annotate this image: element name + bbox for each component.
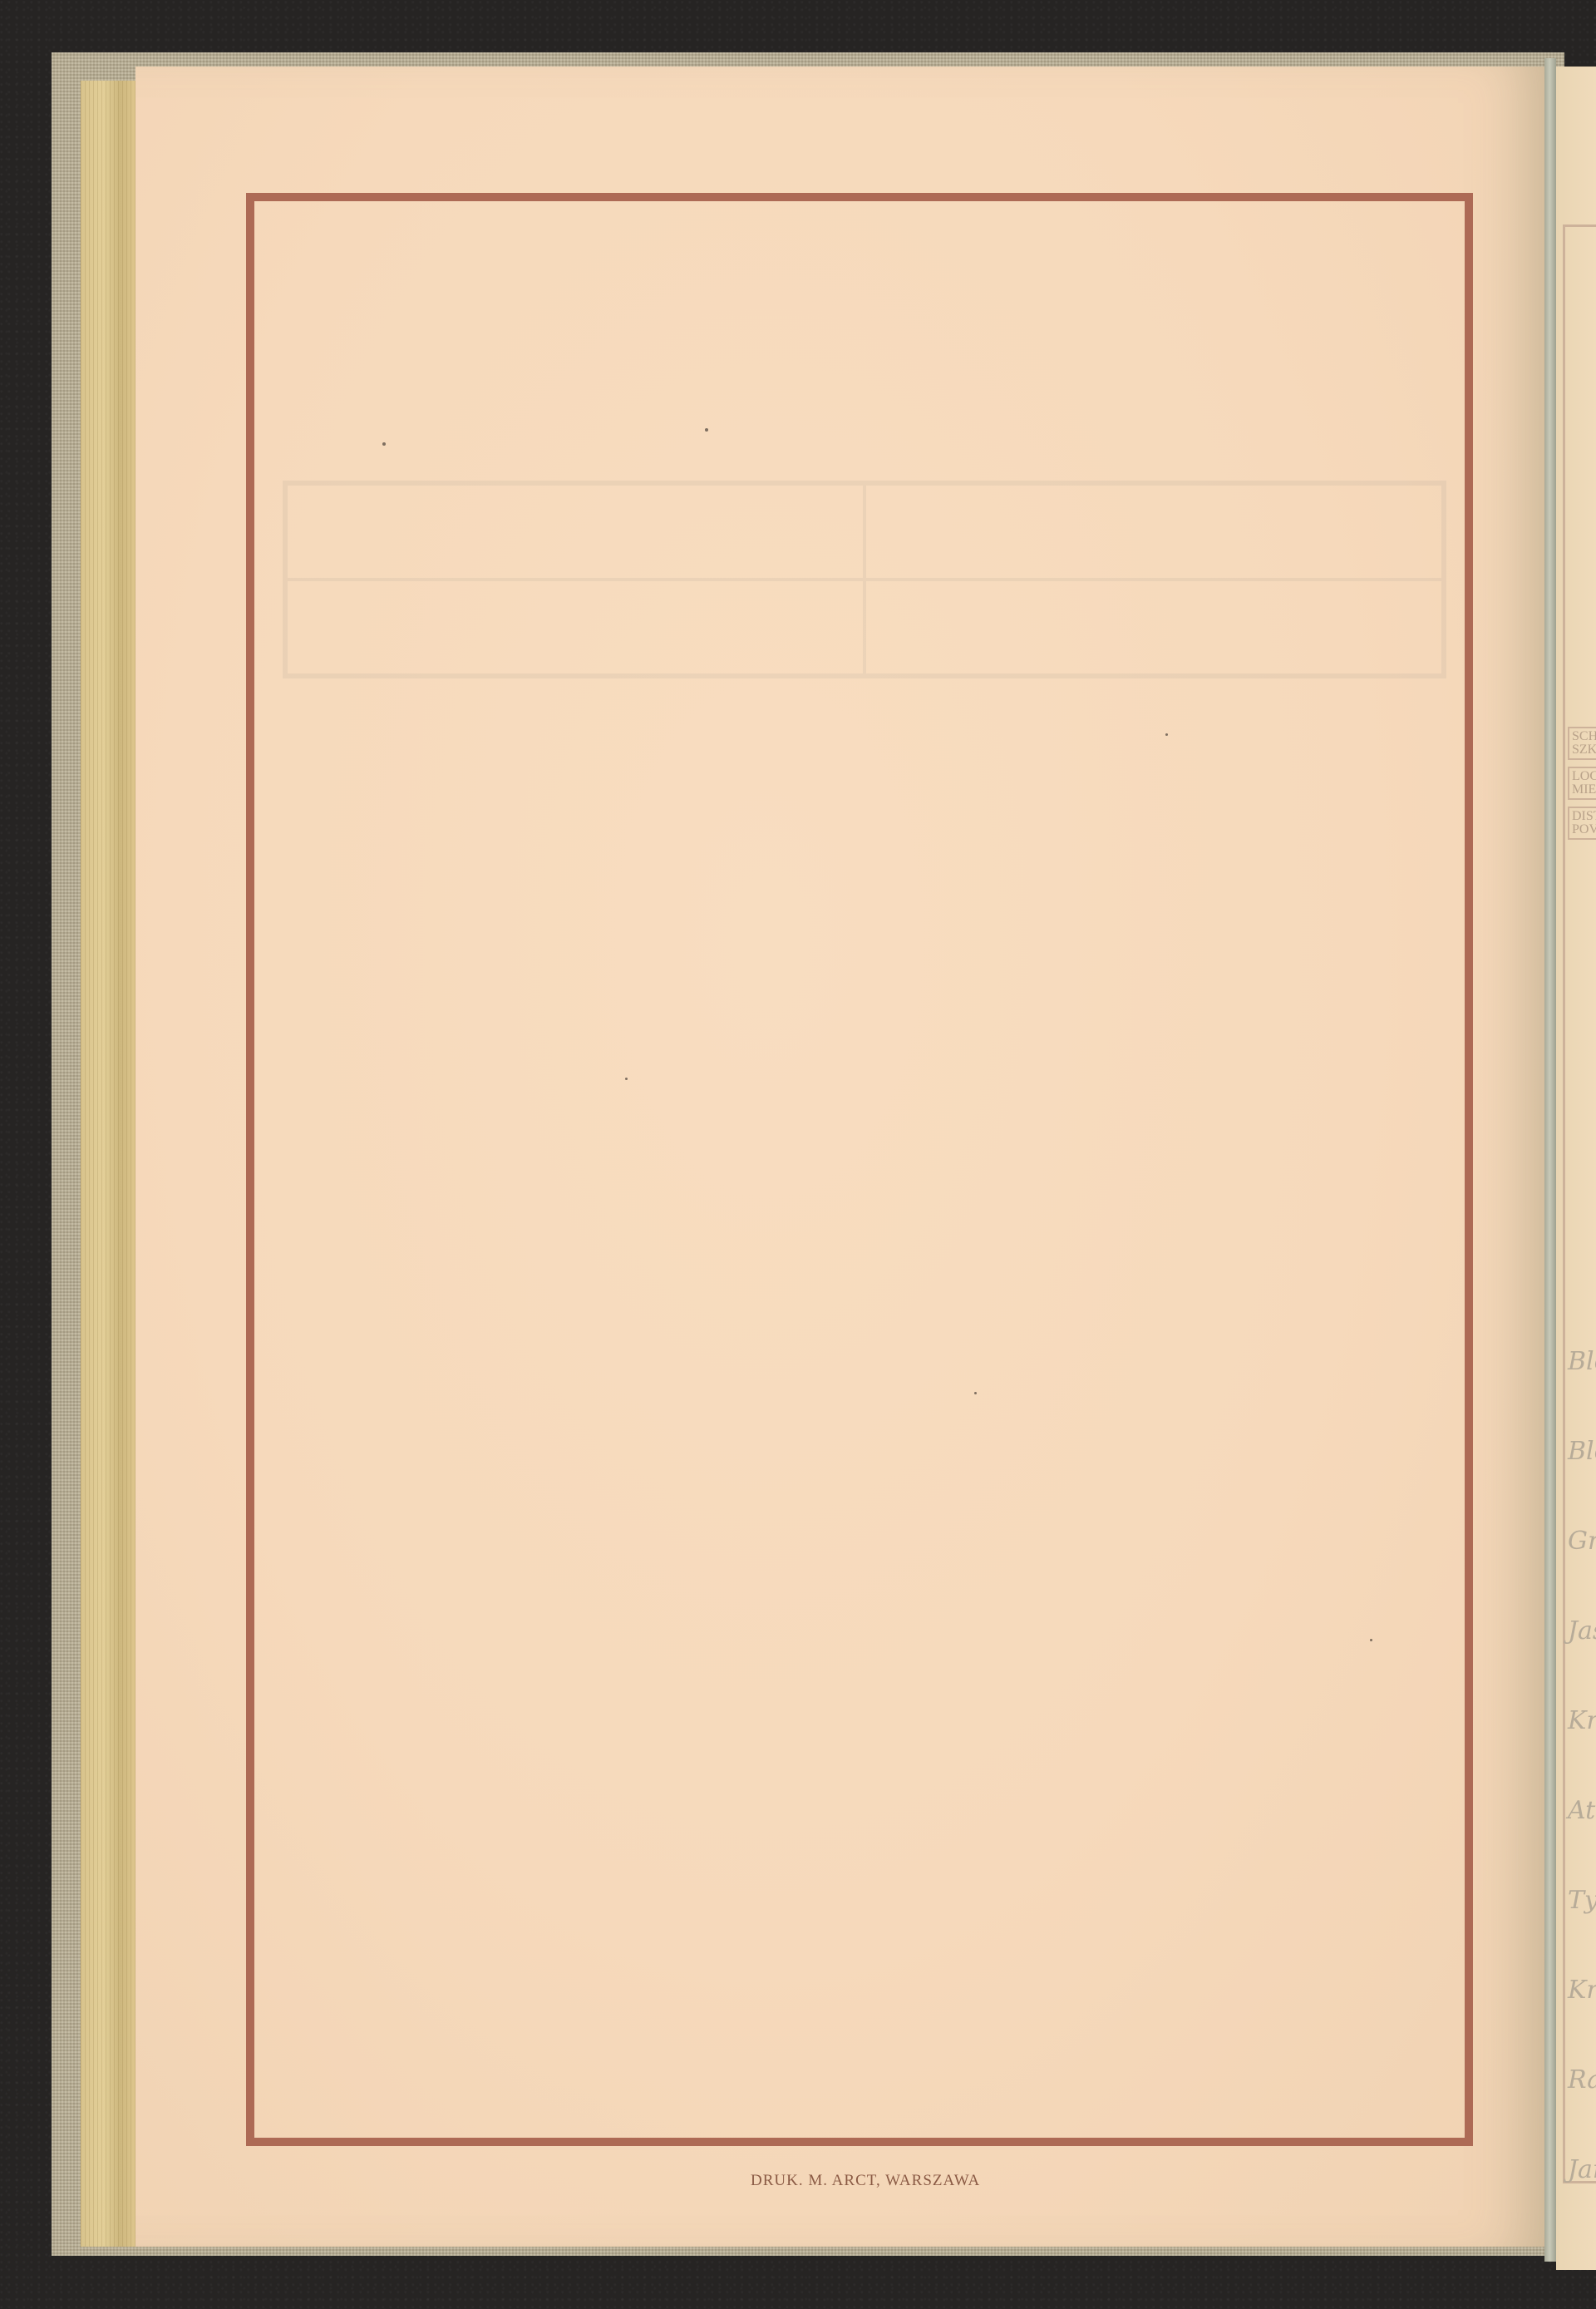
facing-fragment: LOC bbox=[1572, 769, 1596, 783]
paper-speck bbox=[974, 1392, 977, 1394]
facing-fragment-box: LOC MIE bbox=[1568, 767, 1596, 800]
book-gutter bbox=[1544, 58, 1556, 2262]
handwritten-name-fragment: Ato bbox=[1568, 1796, 1596, 1886]
facing-page-edge: SCH SZK LOC MIE DIST POV Blo Blo Gra Jas… bbox=[1556, 67, 1596, 2270]
paper-speck bbox=[382, 442, 386, 446]
paper-speck bbox=[1370, 1639, 1372, 1641]
handwritten-name-fragment: Gra bbox=[1568, 1527, 1596, 1616]
page-edges bbox=[81, 81, 138, 2247]
handwritten-name-fragment: Ra bbox=[1568, 2065, 1596, 2155]
handwritten-name-fragment: Jan bbox=[1568, 2155, 1596, 2245]
facing-fragment: DIST bbox=[1572, 809, 1596, 823]
facing-fragment: POV bbox=[1572, 822, 1596, 836]
printer-imprint: DRUK. M. ARCT, WARSZAWA bbox=[751, 2172, 980, 2190]
handwritten-name-fragment: Tyr bbox=[1568, 1886, 1596, 1976]
facing-fragment-box: SCH SZK bbox=[1568, 727, 1596, 760]
handwritten-name-fragment: Blo bbox=[1568, 1437, 1596, 1527]
handwritten-name-fragment: Jas bbox=[1568, 1616, 1596, 1706]
facing-fragment: SCH bbox=[1572, 729, 1596, 743]
handwritten-name-fragment: Kra bbox=[1568, 1976, 1596, 2065]
paper-speck bbox=[1165, 733, 1168, 736]
handwritten-name-fragment: Blo bbox=[1568, 1347, 1596, 1437]
handwritten-name-fragment: Kro bbox=[1568, 1706, 1596, 1796]
facing-page-header-fragments: SCH SZK LOC MIE DIST POV bbox=[1568, 723, 1596, 843]
facing-fragment: SZK bbox=[1572, 743, 1596, 757]
facing-page-handwritten-names: Blo Blo Gra Jas Kro Ato Tyr Kra Ra Jan bbox=[1568, 1347, 1596, 2245]
paper-speck bbox=[625, 1078, 628, 1080]
paper-speck bbox=[705, 428, 708, 432]
printed-page-border bbox=[246, 193, 1473, 2146]
facing-fragment: MIE bbox=[1572, 782, 1596, 797]
facing-fragment-box: DIST POV bbox=[1568, 807, 1596, 840]
